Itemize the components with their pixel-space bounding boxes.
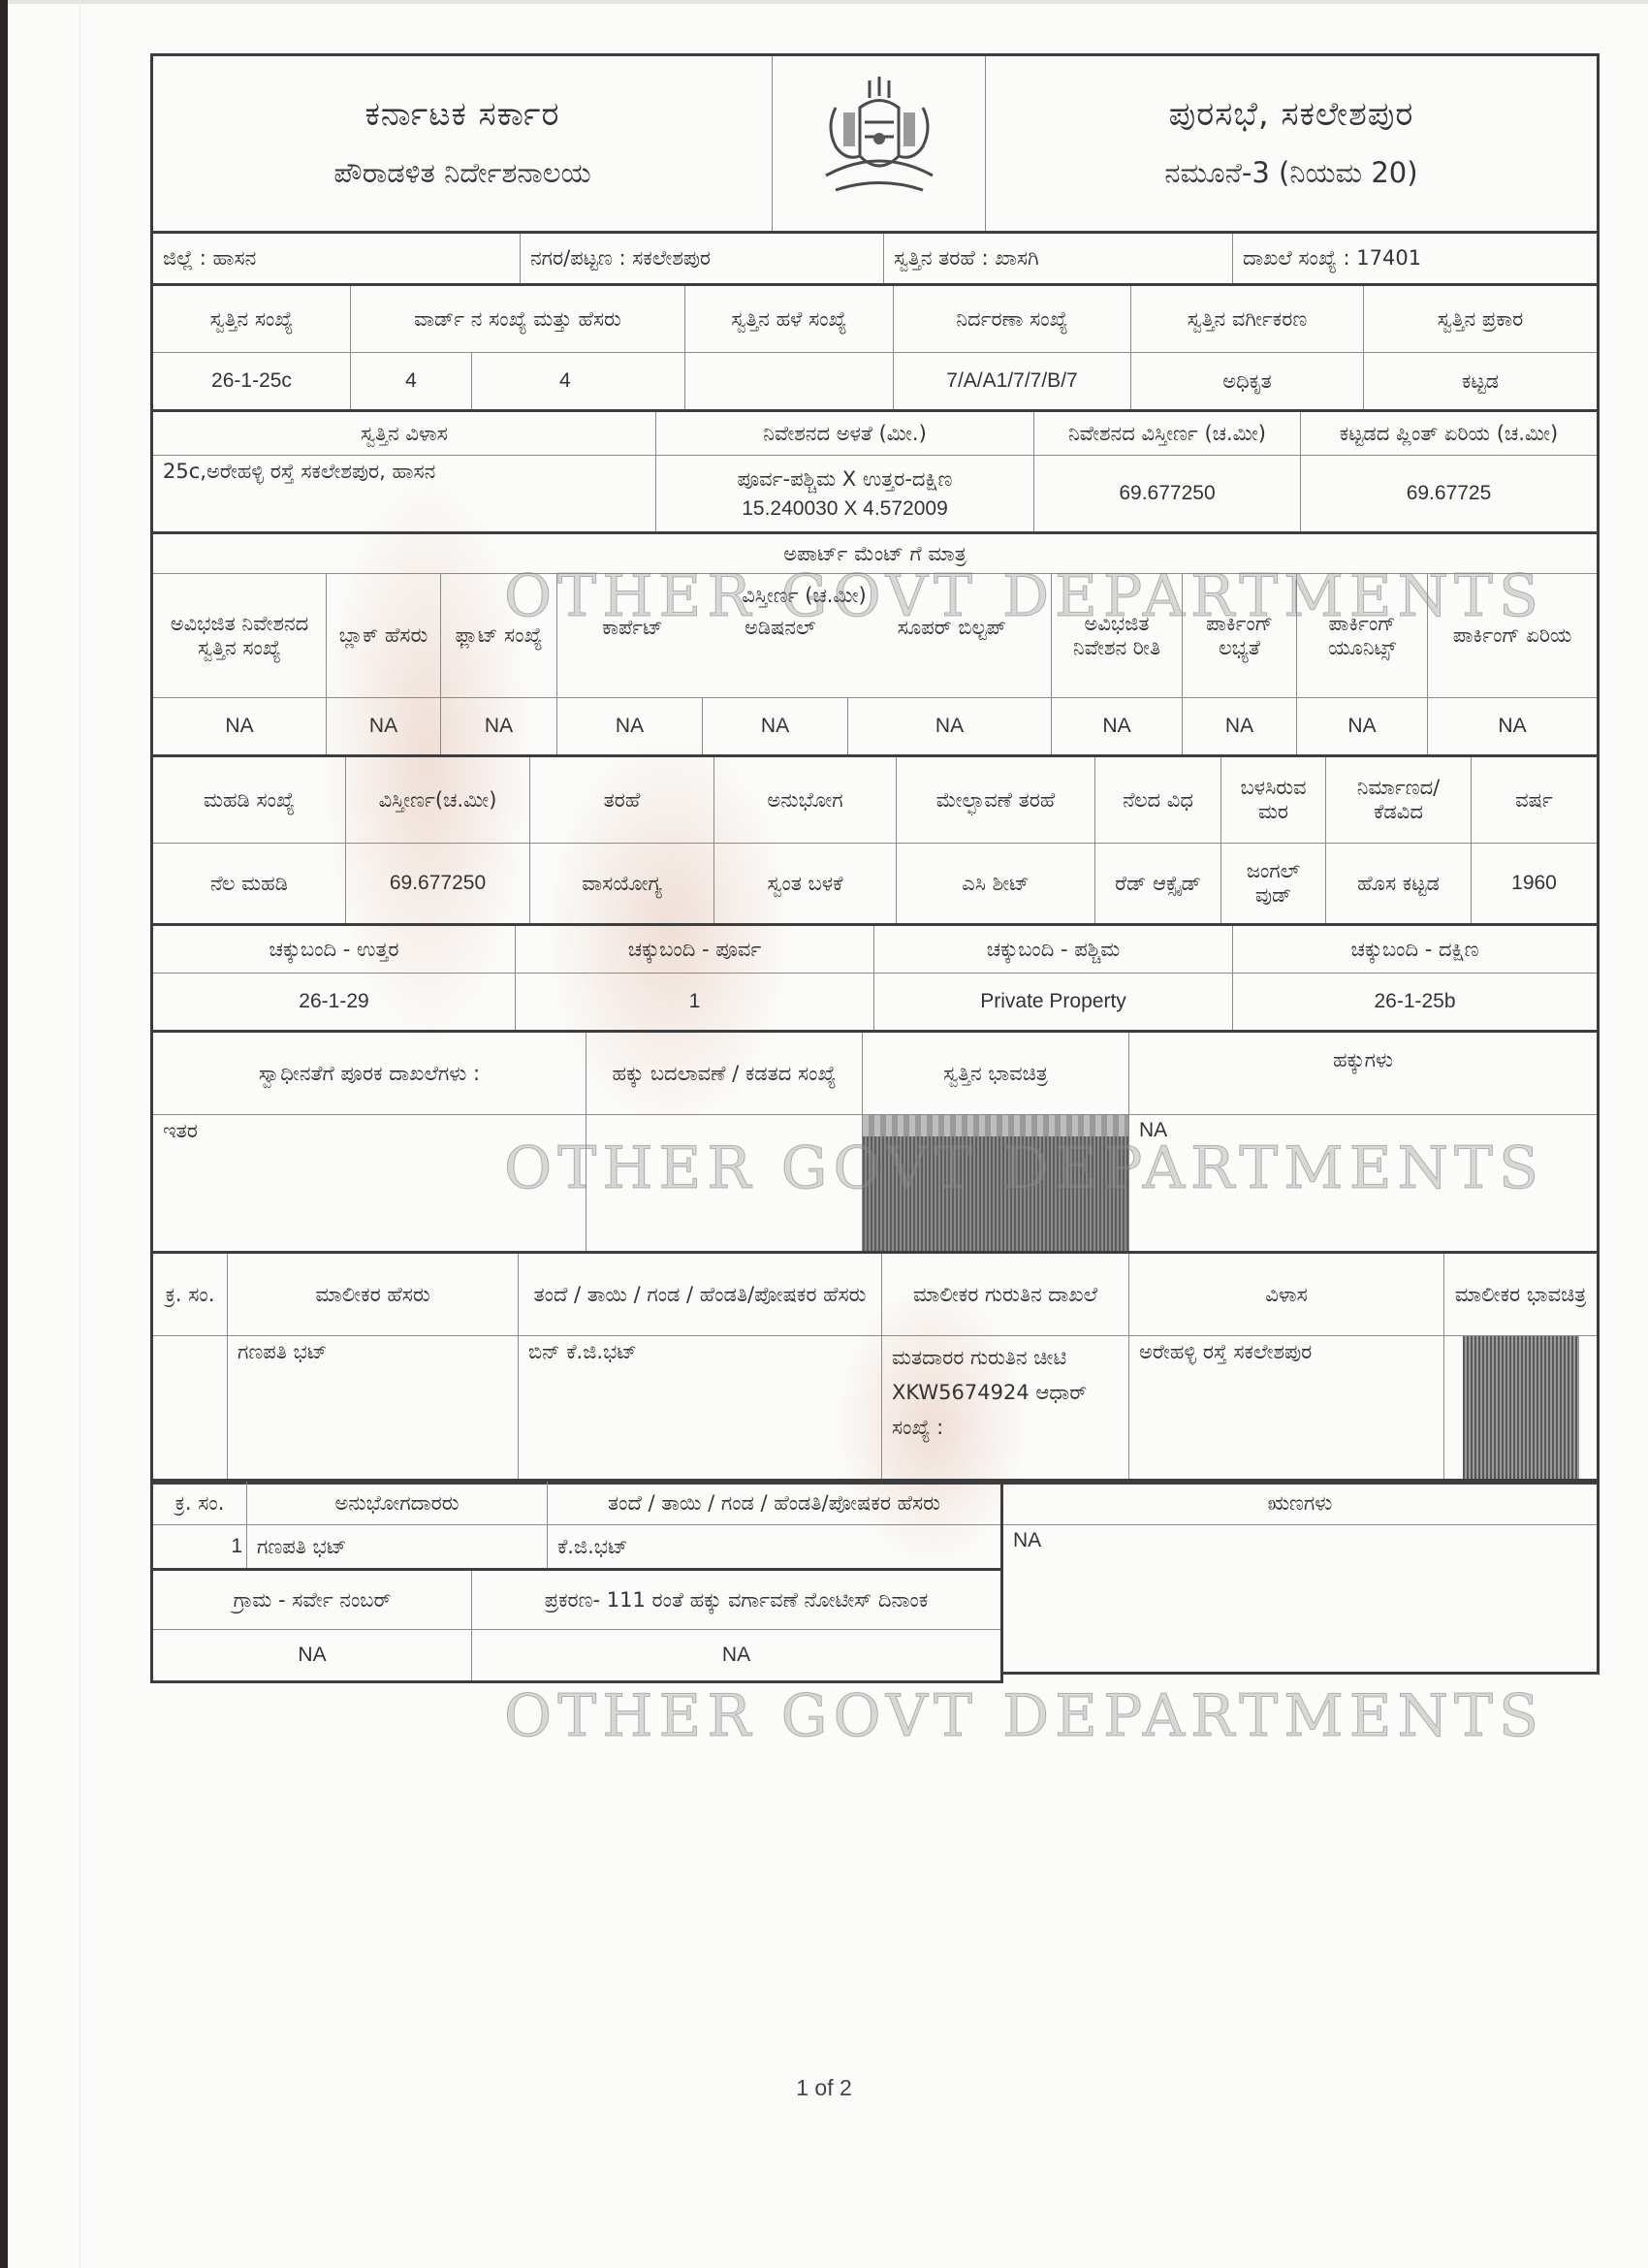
area-group-label: ವಿಸ್ತೀರ್ಣ (ಚ.ಮೀ) <box>561 584 1047 608</box>
header-right: ಪುರಸಭೆ, ಸಕಲೇಶಪುರ ನಮೂನೆ-3 (ನಿಯಮ 20) <box>986 55 1599 233</box>
municipality-name: ಪುರಸಭೆ, ಸಕಲೇಶಪುರ <box>990 85 1593 144</box>
col-header: ಮಾಲೀಕರ ಹೆಸರು <box>228 1253 519 1336</box>
col-header: ಕ್ರ. ಸಂ. <box>152 1253 228 1336</box>
col-header: ಕಾರ್ಪೆಟ್ <box>602 616 663 640</box>
col-header: ವಿಳಾಸ <box>1129 1253 1444 1336</box>
col-header: ಹಕ್ಕು ಬದಲಾವಣೆ / ಕಡತದ ಸಂಖ್ಯೆ <box>586 1032 863 1115</box>
notice-date: NA <box>472 1630 1002 1682</box>
apartment-value: NA <box>703 698 848 756</box>
col-header: ಪಾರ್ಕಿಂಗ್ ಯೂನಿಟ್ಸ್ <box>1297 574 1428 698</box>
page-number: 1 of 2 <box>0 2075 1648 2101</box>
property-kind: ಕಟ್ಟಡ <box>1364 353 1599 411</box>
col-header: ಸ್ವತ್ತಿನ ಭಾವಚಿತ್ರ <box>863 1032 1129 1115</box>
col-header: ಕ್ರ. ಸಂ. <box>152 1481 247 1525</box>
floor-value: ನೆಲ ಮಹಡಿ <box>152 844 346 925</box>
boundary-east: 1 <box>516 974 874 1032</box>
col-header: ವಿಸ್ತೀರ್ಣ(ಚ.ಮೀ) <box>346 756 530 844</box>
boundary-south: 26-1-25b <box>1233 974 1599 1032</box>
apartment-value: NA <box>327 698 441 756</box>
form-header: ಕರ್ನಾಟಕ ಸರ್ಕಾರ ಪೌರಾಡಳಿತ ನಿರ್ದೇಶನಾಲಯ <box>150 53 1600 234</box>
apartment-value: NA <box>557 698 703 756</box>
col-header: ಮೇಲ್ಛಾವಣೆ ತರಹೆ <box>897 756 1095 844</box>
col-header: ಹಕ್ಕುಗಳು <box>1129 1032 1599 1115</box>
directorate-name: ಪೌರಾಡಳಿತ ನಿರ್ದೇಶನಾಲಯ <box>157 144 768 202</box>
property-photo <box>863 1115 1128 1251</box>
boundaries-table: ಚಕ್ಕುಬಂದಿ - ಉತ್ತರ ಚಕ್ಕುಬಂದಿ - ಪೂರ್ವ ಚಕ್ಕ… <box>150 923 1600 1033</box>
col-header: ಸ್ವತ್ತಿನ ಹಳೆ ಸಂಖ್ಯೆ <box>685 285 894 353</box>
old-number <box>685 353 894 411</box>
col-header: ಮಾಲೀಕರ ಭಾವಚಿತ್ರ <box>1444 1253 1599 1336</box>
owner-photo-cell <box>1444 1336 1599 1484</box>
floor-value: ಎಸಿ ಶೀಟ್ <box>897 844 1095 925</box>
col-header: ಚಕ್ಕುಬಂದಿ - ಪಶ್ಚಿಮ <box>874 925 1233 974</box>
supporting-document: ಇತರ <box>152 1115 586 1253</box>
col-header: ಸ್ವತ್ತಿನ ವರ್ಗೀಕರಣ <box>1131 285 1364 353</box>
occupants-table: ಕ್ರ. ಸಂ. ಅನುಭೋಗದಾರರು ತಂದೆ / ತಾಯಿ / ಗಂಡ /… <box>150 1479 1003 1571</box>
occupants-survey-group: ಕ್ರ. ಸಂ. ಅನುಭೋಗದಾರರು ತಂದೆ / ತಾಯಿ / ಗಂಡ /… <box>150 1482 1003 1683</box>
col-header: ನೆಲದ ವಿಧ <box>1095 756 1221 844</box>
col-header: ನಿವೇಶನದ ವಿಸ್ತೀರ್ಣ (ಚ.ಮೀ) <box>1034 411 1301 456</box>
dimension-label: ಪೂರ್ವ-ಪಶ್ಚಿಮ X ಉತ್ತರ-ದಕ್ಷಿಣ <box>660 467 1030 492</box>
property-photo-cell <box>863 1115 1129 1253</box>
col-header: ಚಕ್ಕುಬಂದಿ - ಪೂರ್ವ <box>516 925 874 974</box>
col-header: ಸ್ವಾಧೀನತೆಗೆ ಪೂರಕ ದಾಖಲೆಗಳು : <box>152 1032 586 1115</box>
district: ಜಿಲ್ಲೆ : ಹಾಸನ <box>152 233 521 285</box>
plinth-area: 69.67725 <box>1301 456 1599 533</box>
floor-value: ಹೊಸ ಕಟ್ಟಡ <box>1326 844 1472 925</box>
transfer-file-number <box>586 1115 863 1253</box>
entry-number: ದಾಖಲೆ ಸಂಖ್ಯೆ : 17401 <box>1233 233 1599 285</box>
header-left: ಕರ್ನಾಟಕ ಸರ್ಕಾರ ಪೌರಾಡಳಿತ ನಿರ್ದೇಶನಾಲಯ <box>152 55 773 233</box>
col-header: ಅನುಭೋಗ <box>714 756 897 844</box>
owner-address: ಅರೇಹಳ್ಳಿ ರಸ್ತೆ ಸಕಲೇಶಪುರ <box>1129 1336 1444 1484</box>
rights-value: NA <box>1129 1115 1599 1253</box>
col-header: ತಂದೆ / ತಾಯಿ / ಗಂಡ / ಹೆಂಡತಿ/ಪೋಷಕರ ಹೆಸರು <box>548 1481 1002 1525</box>
state-emblem-icon <box>807 69 952 214</box>
floor-value: ಸ್ವಂತ ಬಳಕೆ <box>714 844 897 925</box>
ward-name: 4 <box>472 353 685 411</box>
col-header: ನಿರ್ದರಣಾ ಸಂಖ್ಯೆ <box>894 285 1131 353</box>
col-header: ಮಾಲೀಕರ ಗುರುತಿನ ದಾಖಲೆ <box>882 1253 1129 1336</box>
col-header: ನಿವೇಶನದ ಅಳತೆ (ಮೀ.) <box>656 411 1034 456</box>
classification: ಅಧಿಕೃತ <box>1131 353 1364 411</box>
floor-value: 69.677250 <box>346 844 530 925</box>
assessment-number: 7/A/A1/7/7/B/7 <box>894 353 1131 411</box>
apartment-value: NA <box>1052 698 1183 756</box>
occupant-row: 1 ಗಣಪತಿ ಭಟ್ ಕೆ.ಜಿ.ಭಟ್ <box>152 1525 1002 1570</box>
col-header: ತಂದೆ / ತಾಯಿ / ಗಂಡ / ಹೆಂಡತಿ/ಪೋಷಕರ ಹೆಸರು <box>519 1253 882 1336</box>
col-header: ಅವಿಭಜಿತ ನಿವೇಶನ ರೀತಿ <box>1052 574 1183 698</box>
loans-table: ಋಣಗಳು NA <box>1000 1479 1600 1675</box>
owner-row: ಗಣಪತಿ ಭಟ್ ಬಿನ್ ಕೆ.ಜಿ.ಭಟ್ ಮತದಾರರ ಗುರುತಿನ … <box>152 1336 1599 1484</box>
address-table: ಸ್ವತ್ತಿನ ವಿಳಾಸ ನಿವೇಶನದ ಅಳತೆ (ಮೀ.) ನಿವೇಶನ… <box>150 409 1600 534</box>
page-fold-line <box>79 0 80 2268</box>
col-header: ವಾರ್ಡ್ ನ ಸಂಖ್ಯೆ ಮತ್ತು ಹೆಸರು <box>351 285 685 353</box>
loans-value: NA <box>1002 1525 1599 1674</box>
form-title: ನಮೂನೆ-3 (ನಿಯಮ 20) <box>990 144 1593 202</box>
boundary-north: 26-1-29 <box>152 974 516 1032</box>
col-header: ಮಹಡಿ ಸಂಖ್ಯೆ <box>152 756 346 844</box>
col-header: ಬ್ಲಾಕ್ ಹೆಸರು <box>327 574 441 698</box>
occupant-name: ಗಣಪತಿ ಭಟ್ <box>247 1525 548 1570</box>
property-number: 26-1-25c <box>152 353 351 411</box>
ownership-docs-table: ಸ್ವಾಧೀನತೆಗೆ ಪೂರಕ ದಾಖಲೆಗಳು : ಹಕ್ಕು ಬದಲಾವಣ… <box>150 1030 1600 1254</box>
govt-name: ಕರ್ನಾಟಕ ಸರ್ಕಾರ <box>157 85 768 144</box>
apartment-value: NA <box>848 698 1052 756</box>
occupant-serial: 1 <box>152 1525 247 1570</box>
col-header: ಕಟ್ಟಡದ ಪ್ಲಿಂತ್ ಏರಿಯ (ಚ.ಮೀ) <box>1301 411 1599 456</box>
col-header: ಅನುಭೋಗದಾರರು <box>247 1481 548 1525</box>
col-header: ಗ್ರಾಮ - ಸರ್ವೇ ನಂಬರ್ <box>152 1570 472 1630</box>
owners-table: ಕ್ರ. ಸಂ. ಮಾಲೀಕರ ಹೆಸರು ತಂದೆ / ತಾಯಿ / ಗಂಡ … <box>150 1251 1600 1485</box>
col-header: ಸ್ವತ್ತಿನ ಪ್ರಕಾರ <box>1364 285 1599 353</box>
occupant-relation-name: ಕೆ.ಜಿ.ಭಟ್ <box>548 1525 1002 1570</box>
col-header: ಋಣಗಳು <box>1002 1481 1599 1525</box>
owner-serial <box>152 1336 228 1484</box>
apartment-table: ಅಪಾರ್ಟ್ ಮೆಂಟ್ ಗೆ ಮಾತ್ರ ಅವಿಭಜಿತ ನಿವೇಶನದ ಸ… <box>150 531 1600 757</box>
property-form: ಕರ್ನಾಟಕ ಸರ್ಕಾರ ಪೌರಾಡಳಿತ ನಿರ್ದೇಶನಾಲಯ <box>150 56 1600 1683</box>
emblem-cell <box>773 55 986 233</box>
col-header: ಪಾರ್ಕಿಂಗ್ ಏರಿಯ <box>1428 574 1599 698</box>
dimension-value: 15.240030 X 4.572009 <box>660 497 1030 521</box>
survey-table: ಗ್ರಾಮ - ಸರ್ವೇ ನಂಬರ್ ಪ್ರಕರಣ- 111 ರಂತೆ ಹಕ್… <box>150 1568 1003 1683</box>
col-header: ಸ್ವತ್ತಿನ ವಿಳಾಸ <box>152 411 656 456</box>
col-header: ಚಕ್ಕುಬಂದಿ - ದಕ್ಷಿಣ <box>1233 925 1599 974</box>
scan-edge <box>0 0 1648 4</box>
apartment-value: NA <box>441 698 557 756</box>
owner-photo <box>1463 1336 1579 1482</box>
col-header: ಬಳಸಿರುವ ಮರ <box>1221 756 1326 844</box>
floor-value: ಜಂಗಲ್ ವುಡ್ <box>1221 844 1326 925</box>
floor-value: ರೆಡ್ ಆಕ್ಸೈಡ್ <box>1095 844 1221 925</box>
dimensions-cell: ಪೂರ್ವ-ಪಶ್ಚಿಮ X ಉತ್ತರ-ದಕ್ಷಿಣ 15.240030 X … <box>656 456 1034 533</box>
col-header: ಸ್ವತ್ತಿನ ಸಂಖ್ಯೆ <box>152 285 351 353</box>
col-header: ನಿರ್ಮಾಣದ/ ಕೆಡವಿದ <box>1326 756 1472 844</box>
col-header: ಅಡಿಷನಲ್ <box>745 616 815 640</box>
property-type: ಸ್ವತ್ತಿನ ತರಹೆ : ಖಾಸಗಿ <box>884 233 1233 285</box>
col-header: ಪ್ರಕರಣ- 111 ರಂತೆ ಹಕ್ಕು ವರ್ಗಾವಣೆ ನೋಟೀಸ್ ದ… <box>472 1570 1002 1630</box>
apartment-section-title: ಅಪಾರ್ಟ್ ಮೆಂಟ್ ಗೆ ಮಾತ್ರ <box>152 533 1599 574</box>
col-header: ಪಾರ್ಕಿಂಗ್ ಲಭ್ಯತೆ <box>1183 574 1297 698</box>
property-address: 25c,ಅರೇಹಳ್ಳಿ ರಸ್ತೆ ಸಕಲೇಶಪುರ, ಹಾಸನ <box>152 456 656 533</box>
apartment-value: NA <box>1297 698 1428 756</box>
site-area: 69.677250 <box>1034 456 1301 533</box>
location-row: ಜಿಲ್ಲೆ : ಹಾಸನ ನಗರ/ಪಟ್ಟಣ : ಸಕಲೇಶಪುರ ಸ್ವತ್… <box>150 231 1600 286</box>
owner-name: ಗಣಪತಿ ಭಟ್ <box>228 1336 519 1484</box>
col-header: ಅವಿಭಜಿತ ನಿವೇಶನದ ಸ್ವತ್ತಿನ ಸಂಖ್ಯೆ <box>152 574 327 698</box>
area-group-header: ವಿಸ್ತೀರ್ಣ (ಚ.ಮೀ) ಕಾರ್ಪೆಟ್ ಅಡಿಷನಲ್ ಸೂಪರ್ … <box>557 574 1052 698</box>
apartment-value: NA <box>1183 698 1297 756</box>
apartment-value: NA <box>1428 698 1599 756</box>
col-header: ಸೂಪರ್ ಬಿಲ್ಟಪ್ <box>898 616 1006 640</box>
property-id-table: ಸ್ವತ್ತಿನ ಸಂಖ್ಯೆ ವಾರ್ಡ್ ನ ಸಂಖ್ಯೆ ಮತ್ತು ಹೆ… <box>150 283 1600 412</box>
apartment-value: NA <box>152 698 327 756</box>
scan-edge <box>0 0 8 2268</box>
owner-id-document: ಮತದಾರರ ಗುರುತಿನ ಚೀಟಿ XKW5674924 ಆಧಾರ್ ಸಂಖ… <box>882 1336 1129 1484</box>
col-header: ವರ್ಷ <box>1472 756 1599 844</box>
occupants-loans-section: ಕ್ರ. ಸಂ. ಅನುಭೋಗದಾರರು ತಂದೆ / ತಾಯಿ / ಗಂಡ /… <box>150 1482 1600 1683</box>
town: ನಗರ/ಪಟ್ಟಣ : ಸಕಲೇಶಪುರ <box>521 233 884 285</box>
survey-number: NA <box>152 1630 472 1682</box>
watermark: OTHER GOVT DEPARTMENTS <box>504 1682 1544 1750</box>
col-header: ತರಹೆ <box>530 756 714 844</box>
floor-details-table: ಮಹಡಿ ಸಂಖ್ಯೆ ವಿಸ್ತೀರ್ಣ(ಚ.ಮೀ) ತರಹೆ ಅನುಭೋಗ … <box>150 754 1600 926</box>
col-header: ಫ್ಲಾಟ್ ಸಂಖ್ಯೆ <box>441 574 557 698</box>
boundary-west: Private Property <box>874 974 1233 1032</box>
ward-number: 4 <box>351 353 472 411</box>
owner-relation-name: ಬಿನ್ ಕೆ.ಜಿ.ಭಟ್ <box>519 1336 882 1484</box>
floor-value: 1960 <box>1472 844 1599 925</box>
floor-value: ವಾಸಯೋಗ್ಯ <box>530 844 714 925</box>
col-header: ಚಕ್ಕುಬಂದಿ - ಉತ್ತರ <box>152 925 516 974</box>
